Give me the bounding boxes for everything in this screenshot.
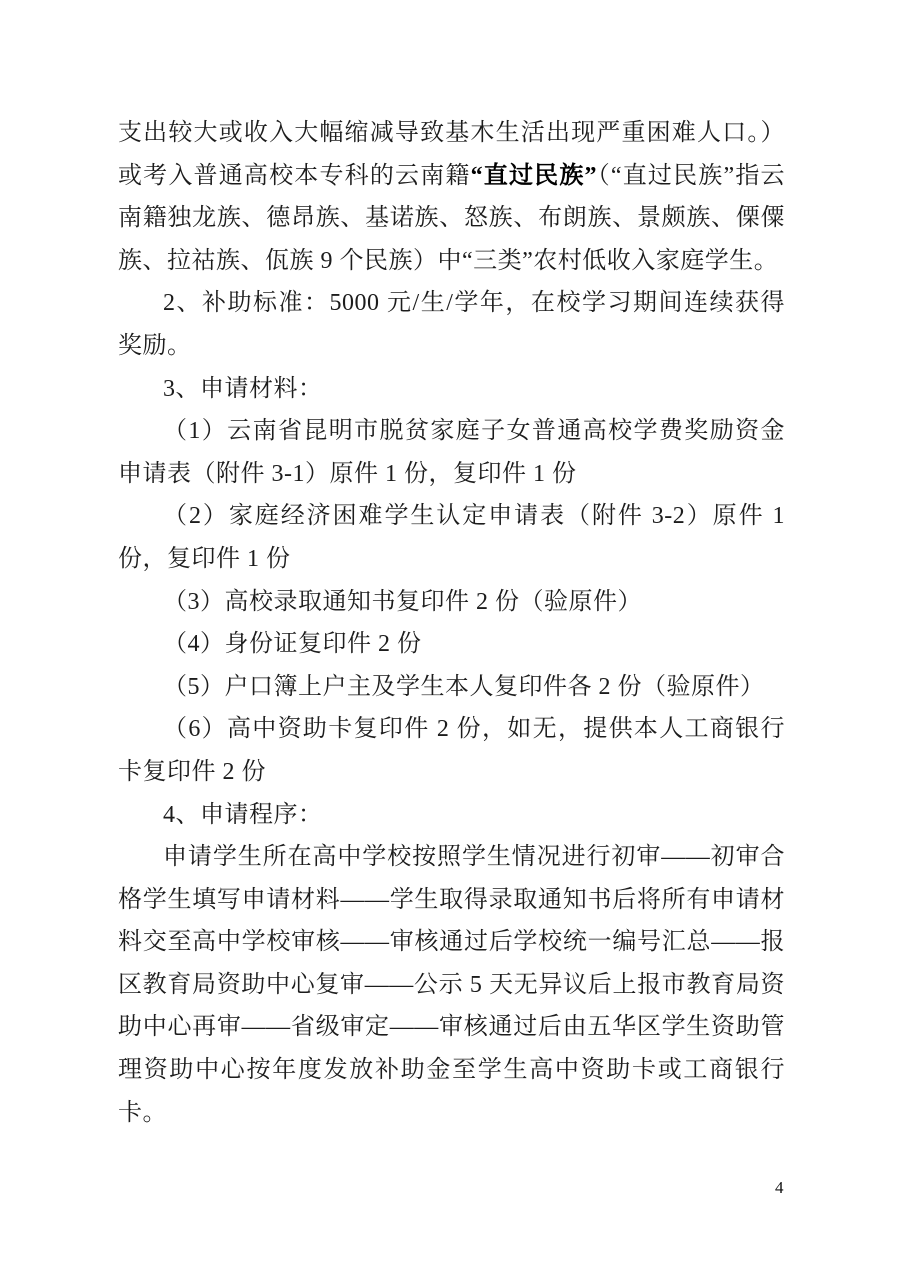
document-page: 支出较大或收入大幅缩减导致基木生活出现严重困难人口。）或考入普通高校本专科的云南… (0, 0, 900, 1273)
bold-term-zhiguo-minzu: “直过民族” (471, 163, 597, 189)
paragraph-subsidy-standard: 2、补助标准：5000 元/生/学年，在校学习期间连续获得奖励。 (118, 282, 785, 367)
document-body: 支出较大或收入大幅缩减导致基木生活出现严重困难人口。）或考入普通高校本专科的云南… (118, 112, 785, 1134)
list-item-material-3: （3）高校录取通知书复印件 2 份（验原件） (118, 581, 785, 624)
paragraph-procedure-flow: 申请学生所在高中学校按照学生情况进行初审——初审合格学生填写申请材料——学生取得… (118, 836, 785, 1134)
page-number: 4 (775, 1178, 784, 1198)
heading-application-materials: 3、申请材料： (118, 368, 785, 411)
list-item-material-2: （2）家庭经济困难学生认定申请表（附件 3-2）原件 1 份，复印件 1 份 (118, 495, 785, 580)
list-item-material-6: （6）高中资助卡复印件 2 份，如无，提供本人工商银行卡复印件 2 份 (118, 708, 785, 793)
heading-application-procedure: 4、申请程序： (118, 794, 785, 837)
list-item-material-5: （5）户口簿上户主及学生本人复印件各 2 份（验原件） (118, 666, 785, 709)
paragraph-intro-continuation: 支出较大或收入大幅缩减导致基木生活出现严重困难人口。）或考入普通高校本专科的云南… (118, 112, 785, 282)
list-item-material-4: （4）身份证复印件 2 份 (118, 623, 785, 666)
list-item-material-1: （1）云南省昆明市脱贫家庭子女普通高校学费奖励资金申请表（附件 3-1）原件 1… (118, 410, 785, 495)
